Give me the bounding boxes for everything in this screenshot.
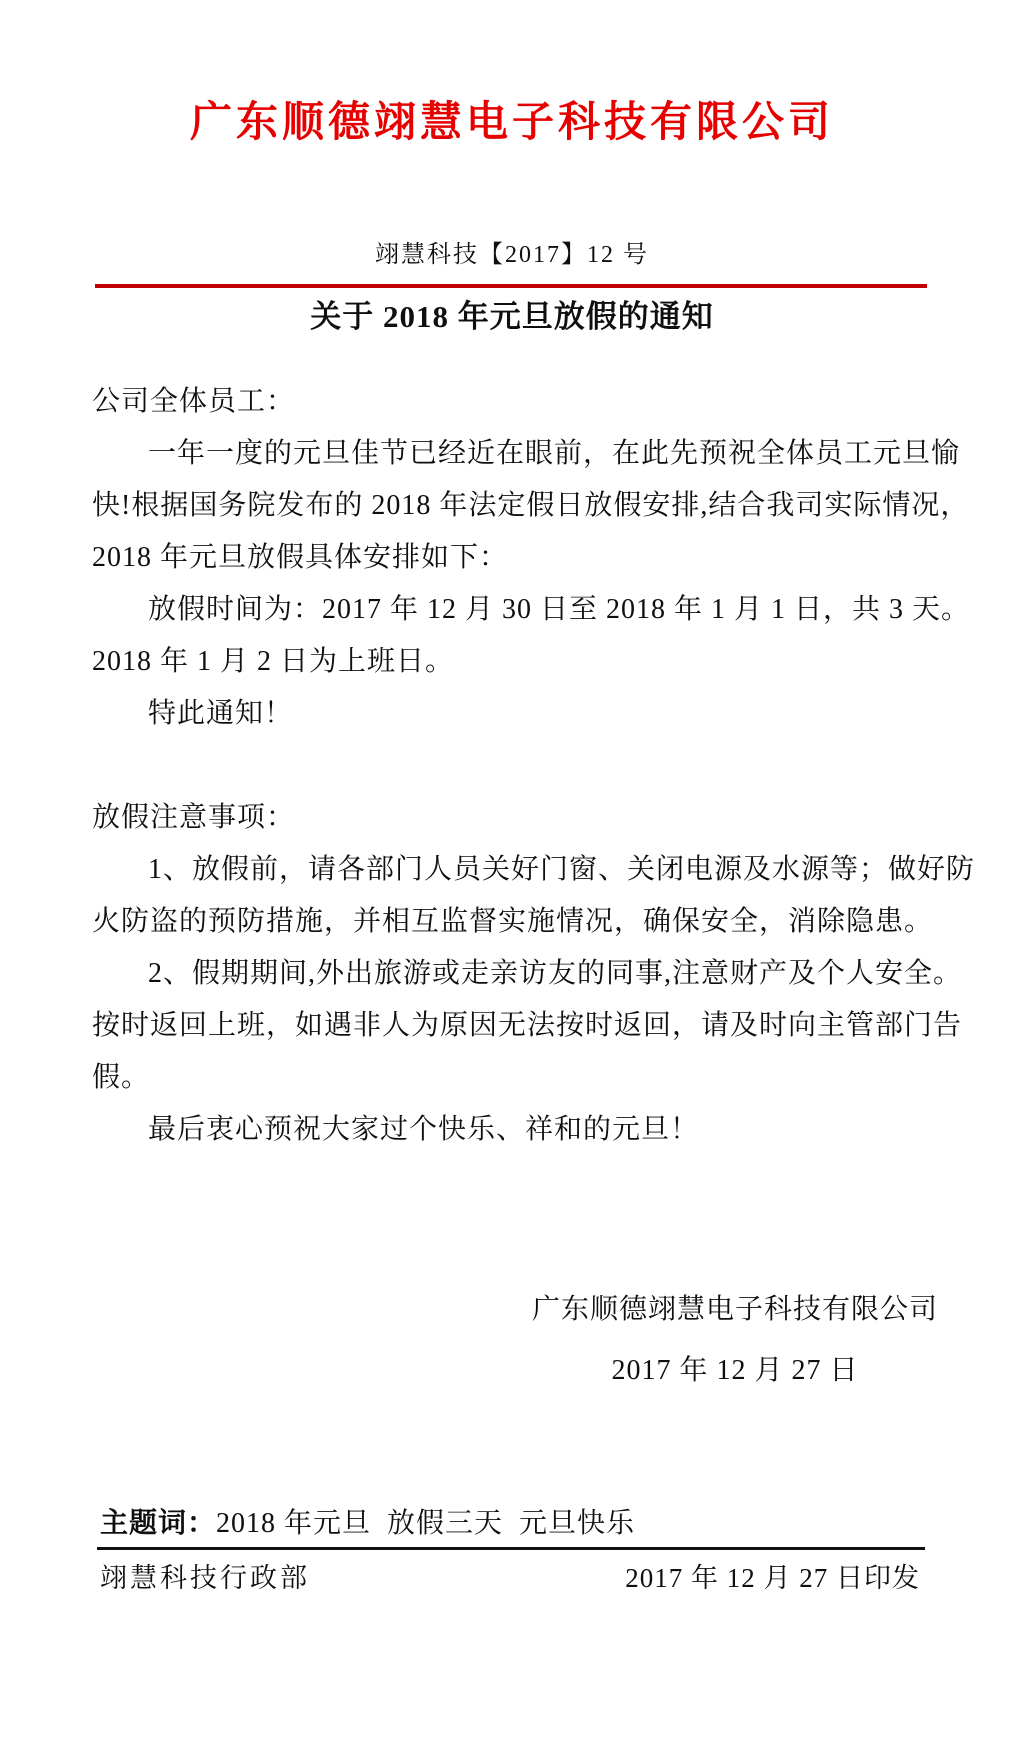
document-page: 广东顺德翊慧电子科技有限公司 翊慧科技【2017】12 号 关于 2018 年元… bbox=[0, 0, 1024, 1755]
body-line: 放假注意事项： bbox=[92, 792, 934, 844]
keywords-row: 主题词：2018 年元旦 放假三天 元旦快乐 bbox=[100, 1500, 924, 1547]
print-date: 2017 年 12 月 27 日印发 bbox=[625, 1560, 920, 1596]
body-line: 假。 bbox=[92, 1052, 934, 1104]
keywords-label: 主题词： bbox=[100, 1507, 216, 1538]
body-line: 特此通知！ bbox=[92, 688, 934, 740]
body-line: 1、放假前，请各部门人员关好门窗、关闭电源及水源等；做好防 bbox=[92, 844, 934, 896]
body-line: 按时返回上班，如遇非人为原因无法按时返回，请及时向主管部门告 bbox=[92, 1000, 934, 1052]
doc-number: 翊慧科技【2017】12 号 bbox=[0, 238, 1024, 272]
body-line: 快!根据国务院发布的 2018 年法定假日放假安排,结合我司实际情况， bbox=[92, 480, 934, 532]
body-line: 放假时间为：2017 年 12 月 30 日至 2018 年 1 月 1 日，共… bbox=[92, 584, 934, 636]
body-line: 2018 年元旦放假具体安排如下： bbox=[92, 532, 934, 584]
body-line: 火防盗的预防措施，并相互监督实施情况，确保安全，消除隐患。 bbox=[92, 896, 934, 948]
red-divider-rule bbox=[95, 284, 927, 288]
keywords-value: 2018 年元旦 放假三天 元旦快乐 bbox=[216, 1508, 635, 1539]
footer-divider-rule bbox=[97, 1547, 925, 1550]
signature-company: 广东顺德翊慧电子科技有限公司 bbox=[532, 1284, 938, 1336]
footer-row: 翊慧科技行政部 2017 年 12 月 27 日印发 bbox=[100, 1560, 920, 1596]
body-line: 最后衷心预祝大家过个快乐、祥和的元旦！ bbox=[92, 1104, 934, 1156]
body-line: 2、假期期间,外出旅游或走亲访友的同事,注意财产及个人安全。 bbox=[92, 948, 934, 1000]
signature-date: 2017 年 12 月 27 日 bbox=[532, 1345, 938, 1397]
body-line: 公司全体员工： bbox=[92, 376, 934, 428]
notice-title: 关于 2018 年元旦放假的通知 bbox=[0, 298, 1024, 336]
signature-block: 广东顺德翊慧电子科技有限公司 2017 年 12 月 27 日 bbox=[532, 1284, 938, 1397]
notice-body: 公司全体员工：一年一度的元旦佳节已经近在眼前，在此先预祝全体员工元旦愉快!根据国… bbox=[92, 376, 934, 1156]
body-line: 一年一度的元旦佳节已经近在眼前，在此先预祝全体员工元旦愉 bbox=[92, 428, 934, 480]
company-title: 广东顺德翊慧电子科技有限公司 bbox=[0, 97, 1024, 149]
body-line: 2018 年 1 月 2 日为上班日。 bbox=[92, 636, 934, 688]
issuing-department: 翊慧科技行政部 bbox=[100, 1560, 310, 1596]
body-line bbox=[92, 740, 934, 792]
